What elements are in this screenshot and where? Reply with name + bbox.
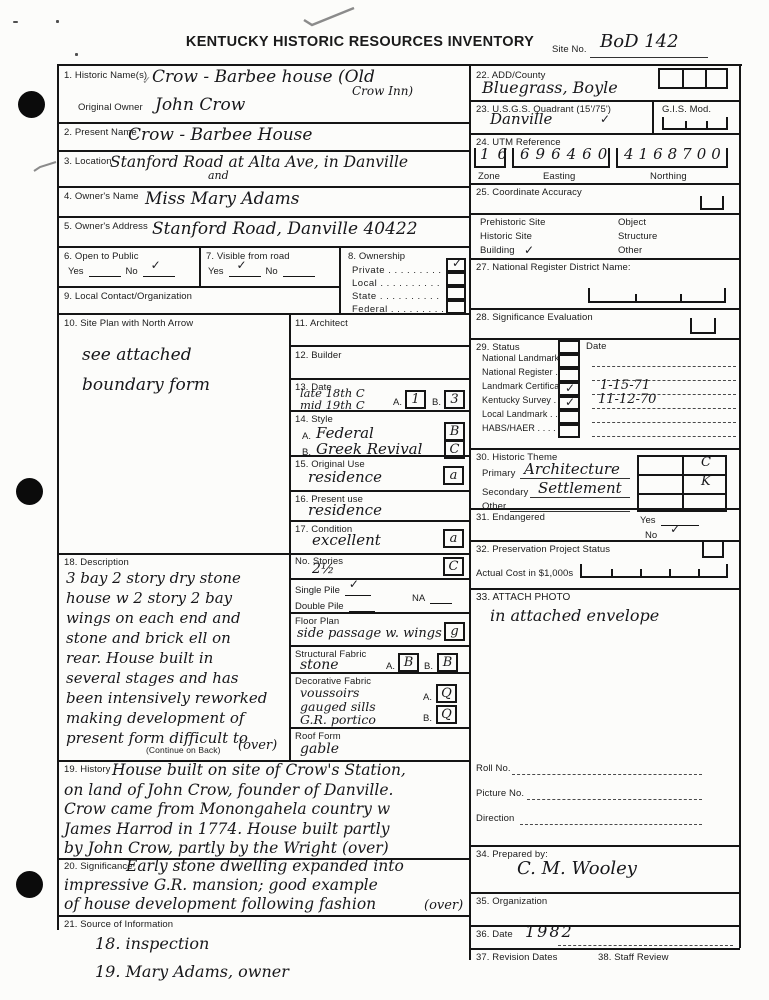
field-3-note: and bbox=[208, 169, 229, 183]
field-6-yes-no: Yes No✓ bbox=[68, 264, 175, 277]
roll-no-label: Roll No. bbox=[476, 763, 511, 774]
checkmark: ✓ bbox=[565, 381, 575, 395]
theme-primary-label: Primary bbox=[482, 468, 515, 479]
ownership-private-checkbox: ✓ bbox=[446, 258, 466, 272]
line bbox=[470, 308, 740, 310]
status-checkbox bbox=[558, 340, 580, 354]
field-3-value: Stanford Road at Alta Ave, in Danville bbox=[110, 152, 408, 172]
field-32-label: 32. Preservation Project Status bbox=[476, 544, 610, 555]
yes-label: Yes bbox=[68, 266, 84, 277]
attach-photo-note: in attached envelope bbox=[490, 606, 659, 627]
double-pile-label: Double Pile bbox=[295, 601, 344, 612]
other-label: Other bbox=[618, 245, 642, 256]
form-border-left bbox=[57, 64, 59, 930]
field-10-label: 10. Site Plan with North Arrow bbox=[64, 318, 193, 329]
prepared-by-value: C. M. Wooley bbox=[517, 857, 637, 880]
structural-a-code: B bbox=[398, 653, 419, 672]
utm-easting-label: Easting bbox=[543, 171, 575, 182]
field-23-value: Danville bbox=[490, 110, 552, 130]
field-13-value: late 18th C mid 19th C bbox=[300, 387, 365, 411]
field-15-value: residence bbox=[308, 468, 382, 488]
line bbox=[706, 121, 708, 128]
field-7-yes-no: Yes✓ No bbox=[208, 264, 315, 277]
field-14-b-value: Greek Revival bbox=[316, 440, 422, 460]
line bbox=[685, 121, 687, 128]
structural-b-code: B bbox=[437, 653, 458, 672]
building-label: Building bbox=[480, 245, 515, 256]
punch-hole bbox=[16, 871, 43, 898]
no-blank: ✓ bbox=[662, 528, 700, 541]
field-25-label: 25. Coordinate Accuracy bbox=[476, 187, 582, 198]
single-pile-blank: ✓ bbox=[345, 583, 371, 596]
field-3-label: 3. Location bbox=[64, 156, 112, 167]
utm-zone-label: Zone bbox=[478, 171, 500, 182]
form-divider bbox=[469, 64, 471, 960]
line bbox=[199, 246, 201, 286]
pencil-checkmark bbox=[300, 4, 360, 30]
line bbox=[512, 773, 702, 775]
status-local-landmark: Local Landmark . . . . bbox=[482, 409, 568, 419]
no-label: No bbox=[126, 266, 138, 277]
theme-code-grid: C K bbox=[637, 455, 727, 512]
line bbox=[592, 421, 736, 423]
floor-plan-code: g bbox=[444, 622, 465, 641]
scan-speck bbox=[75, 53, 78, 56]
field-14-b-code: C bbox=[444, 440, 465, 459]
field-1-value2: Crow Inn) bbox=[352, 84, 413, 100]
theme-secondary-label: Secondary bbox=[482, 487, 528, 498]
line bbox=[470, 133, 740, 135]
picture-no-label: Picture No. bbox=[476, 788, 524, 799]
theme-primary-value: Architecture bbox=[524, 460, 620, 480]
punch-hole bbox=[18, 91, 45, 118]
status-date-label: Date bbox=[586, 341, 606, 352]
line bbox=[470, 338, 740, 340]
na-label: NA bbox=[412, 593, 425, 604]
field-12-label: 12. Builder bbox=[295, 350, 342, 361]
status-habs-haer: HABS/HAER . . . . . bbox=[482, 423, 561, 433]
field-14-a-label: A. bbox=[302, 431, 311, 442]
line bbox=[639, 474, 725, 476]
single-pile-row: Single Pile ✓ bbox=[295, 583, 371, 596]
ownership-local-checkbox bbox=[446, 272, 466, 286]
form-border-right bbox=[739, 64, 741, 948]
line bbox=[640, 569, 642, 576]
line bbox=[592, 407, 736, 409]
line bbox=[58, 286, 340, 288]
line bbox=[470, 588, 740, 590]
field-15-code: a bbox=[443, 466, 464, 485]
significance-evaluation-box bbox=[690, 318, 716, 334]
field-5-value: Stanford Road, Danville 40422 bbox=[152, 218, 418, 240]
single-pile-label: Single Pile bbox=[295, 585, 340, 596]
status-kentucky-survey: Kentucky Survey . . . bbox=[482, 395, 567, 405]
kentucky-survey-checkbox: ✓ bbox=[558, 396, 580, 410]
punch-hole bbox=[16, 478, 43, 505]
no-blank bbox=[283, 264, 315, 277]
line bbox=[289, 612, 470, 614]
yes-blank: ✓ bbox=[229, 264, 261, 277]
field-35-label: 35. Organization bbox=[476, 896, 547, 907]
coordinate-accuracy-box bbox=[700, 196, 724, 210]
field-20-value: Early stone dwelling expanded into impre… bbox=[64, 857, 466, 914]
yes-blank bbox=[89, 264, 121, 277]
na-blank bbox=[430, 591, 452, 604]
field-22-value: Bluegrass, Boyle bbox=[482, 78, 618, 99]
line bbox=[289, 490, 470, 492]
structural-b-label: B. bbox=[424, 661, 433, 672]
stories-code: C bbox=[443, 557, 464, 576]
floor-plan-value: side passage w. wings bbox=[297, 626, 442, 643]
field-20-over: (over) bbox=[424, 898, 463, 915]
field-29-label: 29. Status bbox=[476, 342, 520, 353]
structural-fabric-value: stone bbox=[300, 656, 339, 674]
field-21-value: 18. inspection 19. Mary Adams, owner bbox=[95, 930, 289, 986]
line bbox=[289, 313, 291, 760]
line bbox=[470, 258, 740, 260]
line bbox=[698, 569, 700, 576]
checkmark: ✓ bbox=[151, 258, 161, 272]
line bbox=[680, 294, 682, 301]
field-4-value: Miss Mary Adams bbox=[145, 188, 300, 210]
line bbox=[470, 100, 740, 102]
field-8-label: 8. Ownership bbox=[348, 251, 405, 262]
habs-haer-checkbox bbox=[558, 424, 580, 438]
field-14-b-label: B. bbox=[302, 447, 311, 458]
decorative-b-code: Q bbox=[436, 705, 457, 724]
object-label: Object bbox=[618, 217, 646, 228]
line bbox=[527, 798, 702, 800]
decorative-a-label: A. bbox=[423, 692, 432, 703]
field-2-value: Crow - Barbee House bbox=[128, 124, 312, 146]
yes-label: Yes bbox=[208, 266, 224, 277]
line bbox=[58, 915, 470, 917]
ownership-federal-checkbox bbox=[446, 300, 466, 314]
line bbox=[652, 100, 654, 133]
line bbox=[705, 70, 707, 87]
field-11-label: 11. Architect bbox=[295, 318, 348, 329]
structure-label: Structure bbox=[618, 231, 657, 242]
line bbox=[58, 246, 470, 248]
district-code-boxes bbox=[588, 288, 726, 303]
na-row: NA bbox=[412, 591, 452, 604]
field-27-label: 27. National Register District Name: bbox=[476, 262, 631, 273]
gis-mod-label: G.I.S. Mod. bbox=[662, 104, 711, 115]
line bbox=[470, 213, 740, 215]
field-4-label: 4. Owner's Name bbox=[64, 191, 139, 202]
double-pile-row: Double Pile bbox=[295, 599, 375, 612]
utm-zone-value: 16 bbox=[480, 145, 515, 165]
line bbox=[470, 448, 740, 450]
field-13-b-label: B. bbox=[432, 397, 441, 408]
theme-other-label: Other bbox=[482, 501, 506, 512]
field-5-label: 5. Owner's Address bbox=[64, 221, 148, 232]
field-13-a-code: 1 bbox=[405, 390, 426, 409]
ownership-federal: Federal . . . . . . . . . bbox=[352, 304, 444, 315]
line bbox=[592, 435, 736, 437]
line bbox=[558, 944, 733, 946]
field-18-value: 3 bay 2 story dry stone house w 2 story … bbox=[66, 568, 288, 748]
line bbox=[289, 645, 470, 647]
field-33-label: 33. ATTACH PHOTO bbox=[476, 592, 570, 603]
line bbox=[470, 925, 740, 927]
line bbox=[682, 70, 684, 87]
field-14-a-code: B bbox=[444, 422, 465, 441]
line bbox=[289, 345, 470, 347]
national-register-checkbox bbox=[558, 368, 580, 382]
site-no-label: Site No. bbox=[552, 44, 587, 55]
status-national-landmark: National Landmark . . bbox=[482, 353, 570, 363]
field-36-label: 36. Date bbox=[476, 929, 513, 940]
field-6-label: 6. Open to Public bbox=[64, 251, 139, 262]
line bbox=[289, 578, 470, 580]
ownership-state: State . . . . . . . . . . bbox=[352, 291, 439, 302]
line bbox=[470, 892, 740, 894]
line bbox=[530, 497, 630, 498]
prehistoric-site-label: Prehistoric Site bbox=[480, 217, 545, 228]
status-landmark-certificate: Landmark Certificate bbox=[482, 381, 567, 391]
ownership-local: Local . . . . . . . . . . bbox=[352, 278, 440, 289]
utm-northing-label: Northing bbox=[650, 171, 687, 182]
no-blank: ✓ bbox=[143, 264, 175, 277]
line bbox=[470, 845, 740, 847]
field-17-code: a bbox=[443, 529, 464, 548]
field-18-label: 18. Description bbox=[64, 557, 129, 568]
yes-label: Yes bbox=[640, 515, 656, 526]
line bbox=[289, 378, 470, 380]
line bbox=[520, 823, 702, 825]
line bbox=[611, 569, 613, 576]
field-37-label: 37. Revision Dates bbox=[476, 952, 558, 963]
original-owner-value: John Crow bbox=[155, 94, 245, 116]
decorative-fabric-value: voussoirs gauged sills G.R. portico bbox=[300, 686, 376, 727]
line bbox=[470, 948, 740, 950]
field-17-value: excellent bbox=[312, 531, 381, 551]
line bbox=[682, 457, 684, 510]
field-16-value: residence bbox=[308, 501, 382, 521]
line bbox=[470, 183, 740, 185]
field-1-label: 1. Historic Name(s) bbox=[64, 70, 147, 81]
stories-value: 2½ bbox=[312, 560, 334, 578]
ownership-state-checkbox bbox=[446, 286, 466, 300]
line bbox=[289, 727, 470, 729]
actual-cost-boxes bbox=[580, 564, 728, 578]
checkmark: ✓ bbox=[524, 243, 534, 257]
gis-mod-boxes bbox=[662, 117, 728, 130]
checkmark: ✓ bbox=[452, 256, 462, 270]
double-pile-blank bbox=[349, 599, 375, 612]
line bbox=[339, 246, 341, 313]
date-value: 1982 bbox=[525, 922, 574, 943]
historic-site-label: Historic Site bbox=[480, 231, 532, 242]
status-national-register: National Register . . . bbox=[482, 367, 568, 377]
actual-cost-label: Actual Cost in $1,000s bbox=[476, 568, 573, 579]
roof-form-value: gable bbox=[300, 740, 339, 758]
scan-speck bbox=[13, 21, 18, 23]
field-7-label: 7. Visible from road bbox=[206, 251, 290, 262]
utm-northing-value: 4168700 bbox=[624, 145, 726, 165]
scanned-form-page: ✓ KENTUCKY HISTORIC RESOURCES INVENTORY … bbox=[0, 0, 769, 1000]
utm-zone-box: 16 bbox=[474, 148, 506, 168]
direction-label: Direction bbox=[476, 813, 514, 824]
field-2-label: 2. Present Name bbox=[64, 127, 137, 138]
field-1-value: Crow - Barbee house (Old bbox=[152, 66, 375, 88]
line bbox=[592, 365, 736, 367]
original-owner-label: Original Owner bbox=[78, 102, 143, 113]
local-landmark-checkbox bbox=[558, 410, 580, 424]
scan-speck bbox=[56, 20, 59, 23]
structural-a-label: A. bbox=[386, 661, 395, 672]
line bbox=[635, 294, 637, 301]
field-21-label: 21. Source of Information bbox=[64, 919, 173, 930]
field-31-label: 31. Endangered bbox=[476, 512, 545, 523]
decorative-a-code: Q bbox=[436, 684, 457, 703]
site-no-value: BoD 142 bbox=[600, 30, 679, 53]
checkmark: ✓ bbox=[565, 395, 575, 409]
decorative-b-label: B. bbox=[423, 713, 432, 724]
field-10-value: see attached boundary form bbox=[82, 340, 210, 400]
line bbox=[58, 553, 470, 555]
field-13-b-code: 3 bbox=[444, 390, 465, 409]
national-landmark-checkbox bbox=[558, 354, 580, 368]
continue-on-back-label: (Continue on Back) bbox=[146, 745, 221, 755]
field-28-label: 28. Significance Evaluation bbox=[476, 312, 593, 323]
preservation-status-box bbox=[702, 542, 724, 558]
theme-secondary-code: K bbox=[701, 474, 711, 491]
landmark-certificate-checkbox: ✓ bbox=[558, 382, 580, 396]
theme-primary-code: C bbox=[701, 455, 711, 472]
field-18-over: (over) bbox=[238, 738, 277, 755]
no-label: No bbox=[266, 266, 278, 277]
line bbox=[639, 493, 725, 495]
field-9-label: 9. Local Contact/Organization bbox=[64, 291, 192, 302]
endangered-no-row: No ✓ bbox=[645, 528, 700, 541]
no-label: No bbox=[645, 530, 657, 541]
add-county-code-boxes bbox=[658, 68, 728, 89]
checkmark: ✓ bbox=[600, 112, 610, 126]
utm-northing-box: 4168700 bbox=[616, 148, 728, 168]
pencil-checkmark bbox=[32, 158, 58, 174]
line bbox=[669, 569, 671, 576]
field-38-label: 38. Staff Review bbox=[598, 952, 669, 963]
field-19-value: House built on site of Crow's Station, o… bbox=[64, 761, 466, 859]
utm-easting-value: 696460 bbox=[520, 145, 613, 165]
site-no-line bbox=[590, 57, 708, 58]
checkmark: ✓ bbox=[237, 258, 247, 272]
theme-secondary-value: Settlement bbox=[538, 479, 622, 499]
utm-easting-box: 696460 bbox=[512, 148, 610, 168]
field-13-a-label: A. bbox=[393, 397, 402, 408]
checkmark: ✓ bbox=[670, 522, 680, 536]
checkmark: ✓ bbox=[349, 577, 359, 591]
ownership-private: Private . . . . . . . . . bbox=[352, 265, 442, 276]
